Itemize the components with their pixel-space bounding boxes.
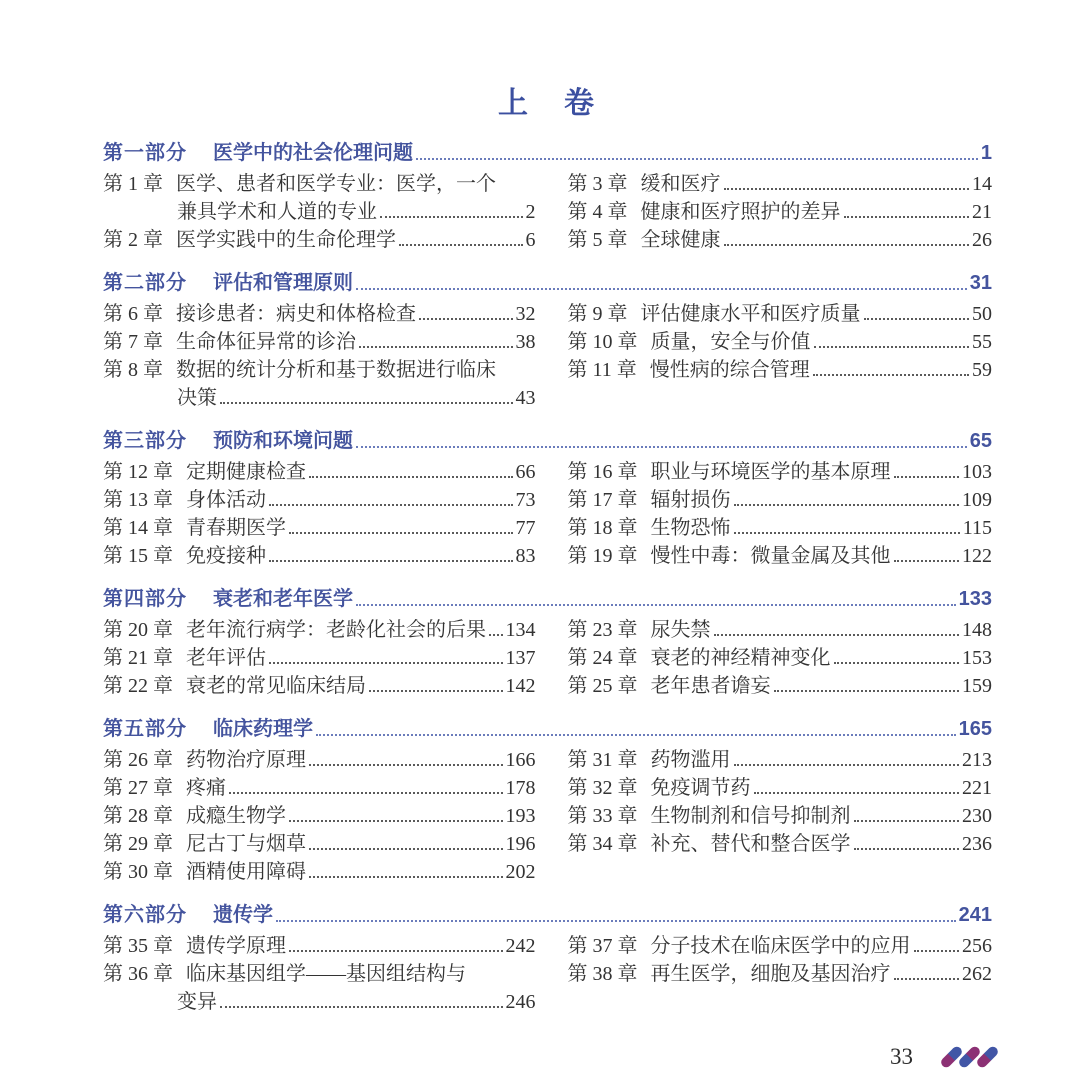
chapter-entry: 第 27 章疼痛178 [103, 774, 536, 802]
dotted-leader [734, 764, 960, 766]
chapter-entry: 第 15 章免疫接种83 [103, 542, 536, 570]
dotted-leader [416, 158, 978, 160]
part-title: 衰老和老年医学 [213, 584, 353, 615]
part-label: 第五部分 [103, 714, 187, 745]
toc-section: 第三部分预防和环境问题65第 12 章定期健康检查66第 13 章身体活动73第… [103, 426, 992, 570]
chapter-title: 临床基因组学——基因组结构与 [186, 960, 466, 988]
part-label: 第一部分 [103, 138, 187, 169]
dotted-leader [894, 560, 960, 562]
section-columns: 第 12 章定期健康检查66第 13 章身体活动73第 14 章青春期医学77第… [103, 458, 992, 570]
column-right: 第 16 章职业与环境医学的基本原理103第 17 章辐射损伤109第 18 章… [568, 458, 993, 570]
chapter-row: 第 7 章生命体征异常的诊治38 [103, 328, 536, 356]
chapter-row-continuation: 决策43 [103, 384, 536, 412]
chapter-title: 衰老的常见临床结局 [186, 672, 366, 700]
section-columns: 第 35 章遗传学原理242第 36 章临床基因组学——基因组结构与变异246第… [103, 932, 992, 1016]
section-columns: 第 26 章药物治疗原理166第 27 章疼痛178第 28 章成瘾生物学193… [103, 746, 992, 886]
chapter-title: 疼痛 [186, 774, 226, 802]
dotted-leader [714, 634, 960, 636]
chapter-title: 老年评估 [186, 644, 266, 672]
dotted-leader [813, 374, 969, 376]
chapter-title: 数据的统计分析和基于数据进行临床 [176, 356, 496, 384]
section-header-row: 第三部分预防和环境问题65 [103, 426, 992, 457]
chapter-entry: 第 30 章酒精使用障碍202 [103, 858, 536, 886]
chapter-page-number: 26 [972, 226, 992, 254]
part-page-number: 241 [959, 900, 992, 931]
chapter-label: 第 6 章 [103, 300, 163, 328]
chapter-row: 第 28 章成瘾生物学193 [103, 802, 536, 830]
chapter-title: 辐射损伤 [651, 486, 731, 514]
dotted-leader [269, 504, 513, 506]
chapter-label: 第 2 章 [103, 226, 163, 254]
section-columns: 第 20 章老年流行病学：老龄化社会的后果134第 21 章老年评估137第 2… [103, 616, 992, 700]
toc-section: 第五部分临床药理学165第 26 章药物治疗原理166第 27 章疼痛178第 … [103, 714, 992, 886]
chapter-page-number: 21 [972, 198, 992, 226]
chapter-page-number: 137 [506, 644, 536, 672]
chapter-row: 第 29 章尼古丁与烟草196 [103, 830, 536, 858]
chapter-page-number: 134 [506, 616, 536, 644]
chapter-row: 第 10 章质量，安全与价值55 [568, 328, 993, 356]
chapter-title: 遗传学原理 [186, 932, 286, 960]
chapter-title: 补充、替代和整合医学 [651, 830, 851, 858]
chapter-label: 第 36 章 [103, 960, 173, 988]
chapter-title: 职业与环境医学的基本原理 [651, 458, 891, 486]
chapter-label: 第 35 章 [103, 932, 173, 960]
chapter-entry: 第 24 章衰老的神经精神变化153 [568, 644, 993, 672]
dotted-leader [724, 244, 970, 246]
column-right: 第 31 章药物滥用213第 32 章免疫调节药221第 33 章生物制剂和信号… [568, 746, 993, 886]
chapter-page-number: 50 [972, 300, 992, 328]
chapter-row: 第 8 章数据的统计分析和基于数据进行临床 [103, 356, 536, 384]
chapter-title: 老年患者谵妄 [651, 672, 771, 700]
volume-title: 上 卷 [103, 84, 992, 124]
chapter-title: 全球健康 [641, 226, 721, 254]
part-page-number: 1 [981, 138, 992, 169]
part-page-number: 133 [959, 584, 992, 615]
dotted-leader [754, 792, 960, 794]
chapter-entry: 第 36 章临床基因组学——基因组结构与变异246 [103, 960, 536, 1016]
chapter-title: 青春期医学 [186, 514, 286, 542]
chapter-row: 第 24 章衰老的神经精神变化153 [568, 644, 993, 672]
chapter-label: 第 10 章 [568, 328, 638, 356]
chapter-entry: 第 3 章缓和医疗14 [568, 170, 993, 198]
chapter-label: 第 28 章 [103, 802, 173, 830]
chapter-entry: 第 33 章生物制剂和信号抑制剂230 [568, 802, 993, 830]
chapter-row: 第 27 章疼痛178 [103, 774, 536, 802]
chapter-label: 第 34 章 [568, 830, 638, 858]
section-header-row: 第四部分衰老和老年医学133 [103, 584, 992, 615]
chapter-entry: 第 19 章慢性中毒：微量金属及其他122 [568, 542, 993, 570]
chapter-entry: 第 31 章药物滥用213 [568, 746, 993, 774]
column-left: 第 6 章接诊患者：病史和体格检查32第 7 章生命体征异常的诊治38第 8 章… [103, 300, 536, 412]
dotted-leader [844, 216, 970, 218]
part-label: 第二部分 [103, 268, 187, 299]
chapter-page-number: 148 [962, 616, 992, 644]
chapter-label: 第 23 章 [568, 616, 638, 644]
chapter-entry: 第 23 章尿失禁148 [568, 616, 993, 644]
chapter-page-number: 202 [506, 858, 536, 886]
chapter-row: 第 20 章老年流行病学：老龄化社会的后果134 [103, 616, 536, 644]
chapter-row: 第 26 章药物治疗原理166 [103, 746, 536, 774]
chapter-title-continuation: 决策 [177, 384, 217, 412]
dotted-leader [269, 560, 513, 562]
dotted-leader [356, 288, 967, 290]
chapter-label: 第 5 章 [568, 226, 628, 254]
dotted-leader [359, 346, 513, 348]
dotted-leader [220, 402, 513, 404]
section-header-row: 第五部分临床药理学165 [103, 714, 992, 745]
column-left: 第 35 章遗传学原理242第 36 章临床基因组学——基因组结构与变异246 [103, 932, 536, 1016]
chapter-label: 第 33 章 [568, 802, 638, 830]
section-header-row: 第六部分遗传学241 [103, 900, 992, 931]
dotted-leader [914, 950, 960, 952]
chapter-row: 第 5 章全球健康26 [568, 226, 993, 254]
chapter-row: 第 19 章慢性中毒：微量金属及其他122 [568, 542, 993, 570]
page-number: 33 [890, 1044, 913, 1070]
part-page-number: 31 [970, 268, 992, 299]
chapter-row: 第 17 章辐射损伤109 [568, 486, 993, 514]
chapter-page-number: 193 [506, 802, 536, 830]
chapter-label: 第 16 章 [568, 458, 638, 486]
chapter-page-number: 59 [972, 356, 992, 384]
dotted-leader [380, 216, 523, 218]
chapter-row: 第 3 章缓和医疗14 [568, 170, 993, 198]
chapter-label: 第 4 章 [568, 198, 628, 226]
chapter-row: 第 23 章尿失禁148 [568, 616, 993, 644]
chapter-label: 第 24 章 [568, 644, 638, 672]
column-left: 第 1 章医学、患者和医学专业：医学，一个兼具学术和人道的专业2第 2 章医学实… [103, 170, 536, 254]
dotted-leader [309, 876, 503, 878]
page-content: 上 卷 第一部分医学中的社会伦理问题1第 1 章医学、患者和医学专业：医学，一个… [103, 0, 992, 1016]
dotted-leader [774, 690, 960, 692]
part-title: 预防和环境问题 [213, 426, 353, 457]
toc-section: 第二部分评估和管理原则31第 6 章接诊患者：病史和体格检查32第 7 章生命体… [103, 268, 992, 412]
chapter-title-continuation: 变异 [177, 988, 217, 1016]
chapter-entry: 第 13 章身体活动73 [103, 486, 536, 514]
chapter-page-number: 256 [962, 932, 992, 960]
chapter-row: 第 35 章遗传学原理242 [103, 932, 536, 960]
chapter-row: 第 1 章医学、患者和医学专业：医学，一个 [103, 170, 536, 198]
dotted-leader [399, 244, 523, 246]
chapter-row: 第 16 章职业与环境医学的基本原理103 [568, 458, 993, 486]
chapter-title: 慢性病的综合管理 [650, 356, 810, 384]
dotted-leader [419, 318, 513, 320]
dotted-leader [309, 476, 513, 478]
chapter-entry: 第 12 章定期健康检查66 [103, 458, 536, 486]
chapter-label: 第 29 章 [103, 830, 173, 858]
section-header-row: 第二部分评估和管理原则31 [103, 268, 992, 299]
dotted-leader [894, 978, 960, 980]
chapter-label: 第 11 章 [568, 356, 637, 384]
chapter-page-number: 221 [962, 774, 992, 802]
section-header-row: 第一部分医学中的社会伦理问题1 [103, 138, 992, 169]
chapter-label: 第 19 章 [568, 542, 638, 570]
dotted-leader [220, 1006, 503, 1008]
chapter-row: 第 31 章药物滥用213 [568, 746, 993, 774]
chapter-label: 第 21 章 [103, 644, 173, 672]
chapter-entry: 第 26 章药物治疗原理166 [103, 746, 536, 774]
part-label: 第六部分 [103, 900, 187, 931]
chapter-page-number: 242 [506, 932, 536, 960]
chapter-page-number: 230 [962, 802, 992, 830]
chapter-entry: 第 5 章全球健康26 [568, 226, 993, 254]
chapter-title: 生物制剂和信号抑制剂 [651, 802, 851, 830]
chapter-entry: 第 34 章补充、替代和整合医学236 [568, 830, 993, 858]
chapter-title: 医学、患者和医学专业：医学，一个 [176, 170, 496, 198]
chapter-row: 第 38 章再生医学，细胞及基因治疗262 [568, 960, 993, 988]
chapter-entry: 第 18 章生物恐怖115 [568, 514, 993, 542]
chapter-label: 第 3 章 [568, 170, 628, 198]
part-title: 遗传学 [213, 900, 273, 931]
dotted-leader [864, 318, 970, 320]
chapter-entry: 第 20 章老年流行病学：老龄化社会的后果134 [103, 616, 536, 644]
chapter-page-number: 43 [516, 384, 536, 412]
chapter-page-number: 213 [962, 746, 992, 774]
footer: 33 [890, 1044, 1000, 1070]
column-left: 第 12 章定期健康检查66第 13 章身体活动73第 14 章青春期医学77第… [103, 458, 536, 570]
chapter-label: 第 31 章 [568, 746, 638, 774]
chapter-row: 第 2 章医学实践中的生命伦理学6 [103, 226, 536, 254]
chapter-entry: 第 6 章接诊患者：病史和体格检查32 [103, 300, 536, 328]
chapter-label: 第 14 章 [103, 514, 173, 542]
chapter-page-number: 83 [516, 542, 536, 570]
chapter-row: 第 15 章免疫接种83 [103, 542, 536, 570]
chapter-title: 成瘾生物学 [186, 802, 286, 830]
chapter-row: 第 4 章健康和医疗照护的差异21 [568, 198, 993, 226]
chapter-page-number: 2 [526, 198, 536, 226]
column-right: 第 3 章缓和医疗14第 4 章健康和医疗照护的差异21第 5 章全球健康26 [568, 170, 993, 254]
dotted-leader [276, 920, 956, 922]
chapter-page-number: 142 [506, 672, 536, 700]
chapter-title-continuation: 兼具学术和人道的专业 [177, 198, 377, 226]
chapter-entry: 第 32 章免疫调节药221 [568, 774, 993, 802]
dotted-leader [734, 504, 960, 506]
chapter-page-number: 55 [972, 328, 992, 356]
column-left: 第 26 章药物治疗原理166第 27 章疼痛178第 28 章成瘾生物学193… [103, 746, 536, 886]
toc-section: 第一部分医学中的社会伦理问题1第 1 章医学、患者和医学专业：医学，一个兼具学术… [103, 138, 992, 254]
chapter-title: 接诊患者：病史和体格检查 [176, 300, 416, 328]
section-columns: 第 1 章医学、患者和医学专业：医学，一个兼具学术和人道的专业2第 2 章医学实… [103, 170, 992, 254]
chapter-page-number: 103 [962, 458, 992, 486]
chapter-label: 第 8 章 [103, 356, 163, 384]
chapter-page-number: 262 [962, 960, 992, 988]
dotted-leader [724, 188, 970, 190]
chapter-row: 第 36 章临床基因组学——基因组结构与 [103, 960, 536, 988]
dotted-leader [854, 848, 960, 850]
chapter-label: 第 38 章 [568, 960, 638, 988]
chapter-title: 再生医学，细胞及基因治疗 [651, 960, 891, 988]
chapter-entry: 第 38 章再生医学，细胞及基因治疗262 [568, 960, 993, 988]
chapter-title: 免疫调节药 [651, 774, 751, 802]
chapter-page-number: 32 [516, 300, 536, 328]
chapter-row: 第 13 章身体活动73 [103, 486, 536, 514]
dotted-leader [289, 532, 513, 534]
chapter-page-number: 246 [506, 988, 536, 1016]
chapter-entry: 第 11 章慢性病的综合管理59 [568, 356, 993, 384]
chapter-page-number: 115 [963, 514, 992, 542]
chapter-row: 第 18 章生物恐怖115 [568, 514, 993, 542]
chapter-label: 第 37 章 [568, 932, 638, 960]
dotted-leader [229, 792, 503, 794]
part-label: 第三部分 [103, 426, 187, 457]
chapter-entry: 第 9 章评估健康水平和医疗质量50 [568, 300, 993, 328]
dotted-leader [814, 346, 970, 348]
chapter-page-number: 73 [516, 486, 536, 514]
chapter-entry: 第 25 章老年患者谵妄159 [568, 672, 993, 700]
chapter-title: 生命体征异常的诊治 [176, 328, 356, 356]
chapter-entry: 第 2 章医学实践中的生命伦理学6 [103, 226, 536, 254]
chapter-page-number: 166 [506, 746, 536, 774]
chapter-entry: 第 10 章质量，安全与价值55 [568, 328, 993, 356]
chapter-title: 尿失禁 [651, 616, 711, 644]
dotted-leader [309, 764, 503, 766]
dotted-leader [289, 820, 503, 822]
chapter-entry: 第 8 章数据的统计分析和基于数据进行临床决策43 [103, 356, 536, 412]
chapter-entry: 第 1 章医学、患者和医学专业：医学，一个兼具学术和人道的专业2 [103, 170, 536, 226]
chapter-page-number: 159 [962, 672, 992, 700]
chapter-label: 第 13 章 [103, 486, 173, 514]
dotted-leader [356, 604, 956, 606]
chapter-title: 酒精使用障碍 [186, 858, 306, 886]
chapter-row: 第 22 章衰老的常见临床结局142 [103, 672, 536, 700]
dotted-leader [894, 476, 960, 478]
chapter-label: 第 27 章 [103, 774, 173, 802]
chapter-page-number: 122 [962, 542, 992, 570]
chapter-row: 第 21 章老年评估137 [103, 644, 536, 672]
chapter-label: 第 22 章 [103, 672, 173, 700]
chapter-label: 第 12 章 [103, 458, 173, 486]
chapter-title: 免疫接种 [186, 542, 266, 570]
dotted-leader [369, 690, 503, 692]
chapter-page-number: 14 [972, 170, 992, 198]
chapter-entry: 第 16 章职业与环境医学的基本原理103 [568, 458, 993, 486]
chapter-title: 身体活动 [186, 486, 266, 514]
chapter-row: 第 9 章评估健康水平和医疗质量50 [568, 300, 993, 328]
chapter-title: 缓和医疗 [641, 170, 721, 198]
chapter-row: 第 11 章慢性病的综合管理59 [568, 356, 993, 384]
column-right: 第 23 章尿失禁148第 24 章衰老的神经精神变化153第 25 章老年患者… [568, 616, 993, 700]
chapter-row: 第 33 章生物制剂和信号抑制剂230 [568, 802, 993, 830]
chapter-label: 第 17 章 [568, 486, 638, 514]
chapter-row: 第 32 章免疫调节药221 [568, 774, 993, 802]
chapter-label: 第 20 章 [103, 616, 173, 644]
chapter-title: 生物恐怖 [651, 514, 731, 542]
chapter-entry: 第 28 章成瘾生物学193 [103, 802, 536, 830]
chapter-title: 药物滥用 [651, 746, 731, 774]
dotted-leader [289, 950, 503, 952]
chapter-page-number: 178 [506, 774, 536, 802]
chapter-title: 定期健康检查 [186, 458, 306, 486]
chapter-label: 第 1 章 [103, 170, 163, 198]
chapter-entry: 第 7 章生命体征异常的诊治38 [103, 328, 536, 356]
chapter-page-number: 153 [962, 644, 992, 672]
dotted-leader [854, 820, 960, 822]
chapter-title: 老年流行病学：老龄化社会的后果 [186, 616, 486, 644]
dotted-leader [316, 734, 956, 736]
chapter-label: 第 25 章 [568, 672, 638, 700]
brand-pills [939, 1052, 1000, 1062]
chapter-page-number: 77 [516, 514, 536, 542]
chapter-title: 分子技术在临床医学中的应用 [651, 932, 911, 960]
chapter-entry: 第 17 章辐射损伤109 [568, 486, 993, 514]
chapter-entry: 第 14 章青春期医学77 [103, 514, 536, 542]
part-label: 第四部分 [103, 584, 187, 615]
dotted-leader [489, 634, 503, 636]
chapter-title: 医学实践中的生命伦理学 [176, 226, 396, 254]
chapter-label: 第 18 章 [568, 514, 638, 542]
section-columns: 第 6 章接诊患者：病史和体格检查32第 7 章生命体征异常的诊治38第 8 章… [103, 300, 992, 412]
chapter-row: 第 34 章补充、替代和整合医学236 [568, 830, 993, 858]
dotted-leader [834, 662, 960, 664]
chapter-title: 衰老的神经精神变化 [651, 644, 831, 672]
chapter-label: 第 7 章 [103, 328, 163, 356]
column-right: 第 9 章评估健康水平和医疗质量50第 10 章质量，安全与价值55第 11 章… [568, 300, 993, 412]
chapter-label: 第 15 章 [103, 542, 173, 570]
chapter-title: 尼古丁与烟草 [186, 830, 306, 858]
chapter-row: 第 25 章老年患者谵妄159 [568, 672, 993, 700]
chapter-page-number: 196 [506, 830, 536, 858]
part-title: 临床药理学 [213, 714, 313, 745]
chapter-label: 第 30 章 [103, 858, 173, 886]
toc-section: 第六部分遗传学241第 35 章遗传学原理242第 36 章临床基因组学——基因… [103, 900, 992, 1016]
dotted-leader [734, 532, 960, 534]
part-page-number: 65 [970, 426, 992, 457]
chapter-row: 第 6 章接诊患者：病史和体格检查32 [103, 300, 536, 328]
chapter-entry: 第 21 章老年评估137 [103, 644, 536, 672]
chapter-page-number: 109 [962, 486, 992, 514]
chapter-title: 健康和医疗照护的差异 [641, 198, 841, 226]
dotted-leader [269, 662, 503, 664]
chapter-row: 第 37 章分子技术在临床医学中的应用256 [568, 932, 993, 960]
chapter-row-continuation: 兼具学术和人道的专业2 [103, 198, 536, 226]
chapter-page-number: 38 [516, 328, 536, 356]
chapter-row: 第 30 章酒精使用障碍202 [103, 858, 536, 886]
chapter-row-continuation: 变异246 [103, 988, 536, 1016]
dotted-leader [356, 446, 967, 448]
chapter-entry: 第 37 章分子技术在临床医学中的应用256 [568, 932, 993, 960]
chapter-page-number: 236 [962, 830, 992, 858]
chapter-entry: 第 35 章遗传学原理242 [103, 932, 536, 960]
chapter-label: 第 26 章 [103, 746, 173, 774]
chapter-page-number: 6 [526, 226, 536, 254]
toc-section: 第四部分衰老和老年医学133第 20 章老年流行病学：老龄化社会的后果134第 … [103, 584, 992, 700]
chapter-entry: 第 22 章衰老的常见临床结局142 [103, 672, 536, 700]
chapter-label: 第 32 章 [568, 774, 638, 802]
part-title: 医学中的社会伦理问题 [213, 138, 413, 169]
chapter-row: 第 12 章定期健康检查66 [103, 458, 536, 486]
chapter-page-number: 66 [516, 458, 536, 486]
chapter-label: 第 9 章 [568, 300, 628, 328]
column-left: 第 20 章老年流行病学：老龄化社会的后果134第 21 章老年评估137第 2… [103, 616, 536, 700]
chapter-row: 第 14 章青春期医学77 [103, 514, 536, 542]
chapter-title: 评估健康水平和医疗质量 [641, 300, 861, 328]
chapter-entry: 第 4 章健康和医疗照护的差异21 [568, 198, 993, 226]
part-page-number: 165 [959, 714, 992, 745]
part-title: 评估和管理原则 [213, 268, 353, 299]
dotted-leader [309, 848, 503, 850]
toc: 第一部分医学中的社会伦理问题1第 1 章医学、患者和医学专业：医学，一个兼具学术… [103, 138, 992, 1016]
chapter-title: 慢性中毒：微量金属及其他 [651, 542, 891, 570]
chapter-title: 药物治疗原理 [186, 746, 306, 774]
chapter-title: 质量，安全与价值 [651, 328, 811, 356]
column-right: 第 37 章分子技术在临床医学中的应用256第 38 章再生医学，细胞及基因治疗… [568, 932, 993, 1016]
chapter-entry: 第 29 章尼古丁与烟草196 [103, 830, 536, 858]
